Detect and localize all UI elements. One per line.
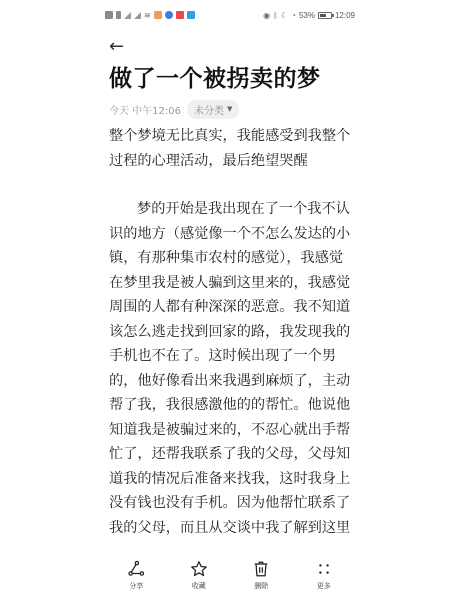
- note-summary: 整个梦境无比真实，我能感受到我整个过程的心理活动，最后绝望哭醒: [109, 124, 353, 173]
- moon-icon: ☾: [281, 11, 288, 20]
- trash-icon: [252, 560, 270, 578]
- more-label: 更多: [317, 581, 331, 591]
- cat-app-icon: [154, 11, 162, 19]
- clock: 12:09: [335, 11, 355, 20]
- battery-percent: 53%: [299, 11, 315, 20]
- delete-button[interactable]: 删除: [236, 560, 286, 591]
- eye-icon: ◉: [263, 11, 270, 20]
- wifi-icon: ≋: [144, 11, 151, 20]
- nfc-icon: [105, 11, 113, 19]
- more-icon: [315, 560, 333, 578]
- battery-icon: [318, 12, 332, 19]
- signal-1-icon: [124, 12, 131, 19]
- screen: ≋ ◉ ᛒ ☾ ◔ 53% 12:09 ← 做了一个被拐卖的梦 今天 中午12:…: [0, 0, 450, 600]
- red-app-icon: [176, 11, 184, 19]
- bluetooth-icon: ᛒ: [273, 11, 278, 20]
- share-button[interactable]: 分享: [111, 560, 161, 591]
- blue-app-icon: [165, 11, 173, 19]
- status-bar: ≋ ◉ ᛒ ☾ ◔ 53% 12:09: [105, 8, 355, 22]
- note-meta: 今天 中午12:06 未分类 ▼: [109, 100, 239, 118]
- category-dropdown[interactable]: 未分类 ▼: [187, 100, 239, 119]
- status-right: ◉ ᛒ ☾ ◔ 53% 12:09: [263, 11, 355, 20]
- share-icon: [127, 560, 145, 578]
- more-button[interactable]: 更多: [299, 560, 349, 591]
- favorite-label: 收藏: [192, 581, 206, 591]
- status-left: ≋: [105, 11, 195, 20]
- favorite-button[interactable]: 收藏: [174, 560, 224, 591]
- category-label: 未分类: [194, 102, 224, 117]
- share-label: 分享: [129, 581, 143, 591]
- delete-label: 删除: [254, 581, 268, 591]
- note-timestamp: 今天 中午12:06: [109, 102, 181, 117]
- b-icon: [116, 11, 121, 19]
- star-icon: [190, 560, 208, 578]
- cyan-app-icon: [187, 11, 195, 19]
- note-title: 做了一个被拐卖的梦: [109, 64, 355, 94]
- bottom-toolbar: 分享 收藏 删除 更多: [105, 560, 355, 600]
- caret-down-icon: ▼: [227, 105, 232, 113]
- note-body: 梦的开始是我出现在了一个我不认识的地方（感觉像一个不怎么发达的小镇，有那种集市农…: [109, 197, 353, 540]
- signal-2-icon: [134, 12, 141, 19]
- back-arrow-icon: ←: [109, 36, 124, 57]
- back-button[interactable]: ←: [109, 38, 129, 56]
- note-content[interactable]: 整个梦境无比真实，我能感受到我整个过程的心理活动，最后绝望哭醒 梦的开始是我出现…: [109, 124, 353, 540]
- note-view: ≋ ◉ ᛒ ☾ ◔ 53% 12:09 ← 做了一个被拐卖的梦 今天 中午12:…: [105, 0, 355, 600]
- gauge-icon: ◔: [291, 11, 296, 20]
